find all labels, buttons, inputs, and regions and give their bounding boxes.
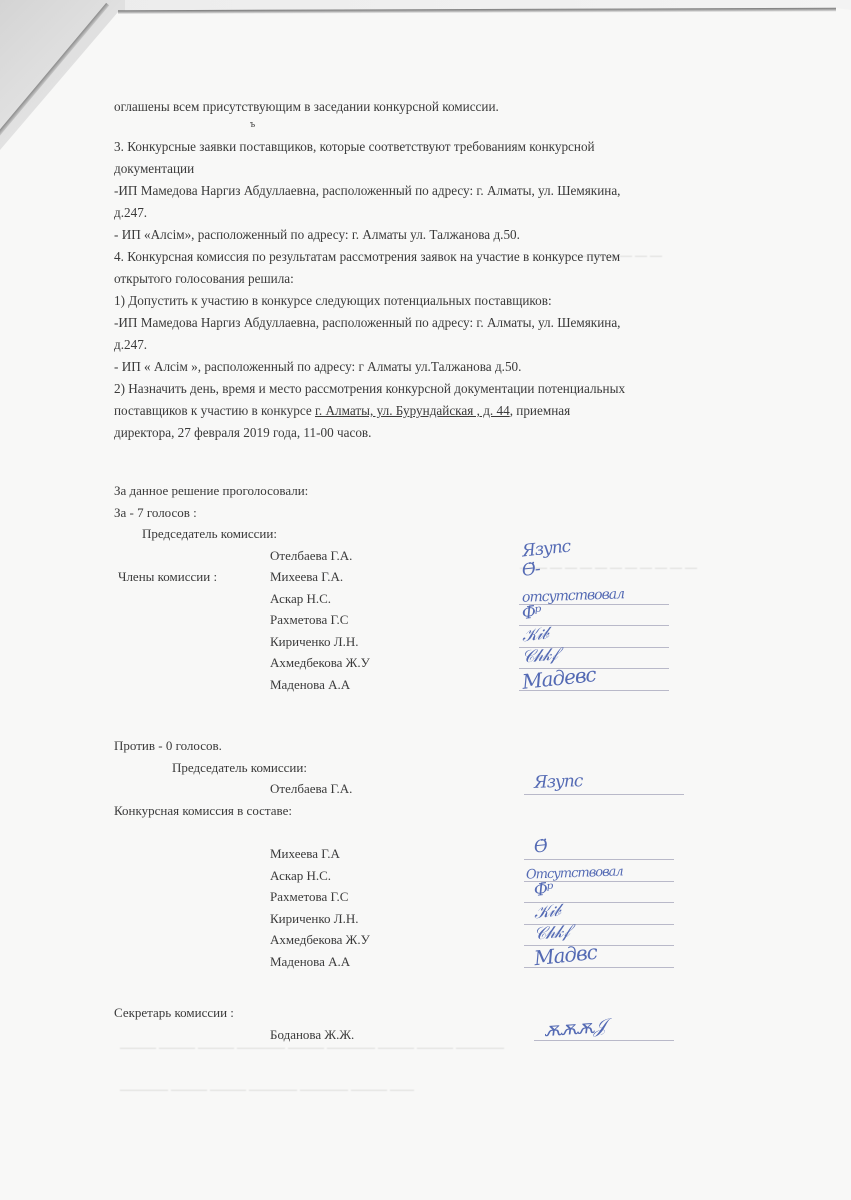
signature-row: Михеева Г.А Ѳ̈: [114, 843, 794, 865]
signature: 𝒦𝒾𝒷: [533, 900, 561, 924]
text-line: оглашены всем присутствующим в заседании…: [114, 96, 794, 118]
signature-row: Отелбаева Г.А. Язупс: [114, 778, 794, 800]
commission-label: Конкурсная комиссия в составе:: [114, 800, 794, 822]
secretary-name: Боданова Ж.Ж.: [270, 1024, 354, 1046]
signature-line: [524, 794, 684, 795]
signature-row: Рахметова Г.С Ф̄ᵖ: [114, 886, 794, 908]
chair-label: Председатель комиссии:: [114, 757, 794, 779]
signature: Язупс: [521, 536, 571, 562]
signature-row: Члены комиссии : Михеева Г.А. Ѳ̈-: [114, 566, 794, 588]
votes-for: За - 7 голосов :: [114, 502, 794, 524]
signature-row: Кириченко Л.Н. 𝒦𝒾𝒷: [114, 631, 794, 653]
member-name: Кириченко Л.Н.: [270, 908, 358, 930]
supplier-item-cont: д.247.: [114, 202, 794, 224]
member-name: Аскар Н.С.: [270, 865, 331, 887]
decision-2-cont: поставщиков к участию в конкурсе г. Алма…: [114, 400, 794, 422]
signature-row: Ахмедбекова Ж.У 𝒞𝒽𝓀𝒻: [114, 652, 794, 674]
section-3-title: 3. Конкурсные заявки поставщиков, которы…: [114, 136, 794, 158]
signature: 𝒦𝒾𝒷: [521, 623, 549, 647]
signature-line: [524, 859, 674, 860]
signature-line: [519, 690, 669, 691]
signature: 𝒞𝒽𝓀𝒻: [521, 644, 558, 669]
signature-line: [524, 967, 674, 968]
section-4-title: 4. Конкурсная комиссия по результатам ра…: [114, 246, 794, 268]
member-name: Аскар Н.С.: [270, 588, 331, 610]
supplier-item: - ИП «Алсім», расположенный по адресу: г…: [114, 224, 794, 246]
admitted-supplier: - ИП « Алсім », расположенный по адресу:…: [114, 356, 794, 378]
signature: ѫѫѫ𝒥: [543, 1015, 606, 1041]
bleed-through-text: ———— ——— ——— ———— ———— ——— ——: [120, 1082, 414, 1097]
signature-line: [534, 1040, 674, 1041]
admitted-supplier: -ИП Мамедова Наргиз Абдуллаевна, располо…: [114, 312, 794, 334]
signature: Язупс: [534, 771, 583, 794]
member-name: Маденова А.А: [270, 951, 350, 973]
signature-row: Ахмедбекова Ж.У 𝒞𝒽𝓀𝒻: [114, 929, 794, 951]
signature-row: Аскар Н.С. отсутствовал: [114, 588, 794, 610]
secretary-label: Секретарь комиссии :: [114, 1002, 794, 1024]
votes-against: Против - 0 голосов.: [114, 735, 794, 757]
member-name: Маденова А.А: [270, 674, 350, 696]
voting-section: За данное решение проголосовали: За - 7 …: [114, 480, 794, 1045]
signature-row: Отелбаева Г.А. Язупс: [114, 545, 794, 567]
signature: Ф̄ᵖ: [521, 602, 542, 625]
member-name: Михеева Г.А: [270, 843, 340, 865]
signature: Мадевс: [521, 664, 597, 693]
signature-row: Маденова А.А Мадевс: [114, 674, 794, 696]
members-label: Члены комиссии :: [118, 566, 217, 588]
supplier-item: -ИП Мамедова Наргиз Абдуллаевна, располо…: [114, 180, 794, 202]
signature-row: Кириченко Л.Н. 𝒦𝒾𝒷: [114, 908, 794, 930]
member-name: Рахметова Г.С: [270, 886, 348, 908]
member-name: Михеева Г.А.: [270, 566, 343, 588]
member-name: Ахмедбекова Ж.У: [270, 652, 370, 674]
member-name: Рахметова Г.С: [270, 609, 348, 631]
member-name: Кириченко Л.Н.: [270, 631, 358, 653]
text: , приемная: [510, 403, 570, 418]
member-name: Ахмедбекова Ж.У: [270, 929, 370, 951]
chair-name: Отелбаева Г.А.: [270, 778, 352, 800]
voting-header: За данное решение проголосовали:: [114, 480, 794, 502]
chair-name: Отелбаева Г.А.: [270, 545, 352, 567]
section-3-title-cont: документации: [114, 158, 794, 180]
decision-2: 2) Назначить день, время и место рассмот…: [114, 378, 794, 400]
admitted-supplier-cont: д.247.: [114, 334, 794, 356]
signature-row: Боданова Ж.Ж. ѫѫѫ𝒥: [114, 1024, 794, 1046]
signature-row: Рахметова Г.С Ф̄ᵖ: [114, 609, 794, 631]
protocol-body: оглашены всем присутствующим в заседании…: [114, 96, 794, 444]
text: поставщиков к участию в конкурсе: [114, 403, 315, 418]
signature: Ф̄ᵖ: [533, 879, 554, 902]
section-4-title-cont: открытого голосования решила:: [114, 268, 794, 290]
signature-row: Аскар Н.С. Отсутствовал: [114, 865, 794, 887]
signature-line: [519, 604, 669, 605]
chair-label: Председатель комиссии:: [114, 523, 794, 545]
signature: Ѳ̈: [533, 836, 548, 859]
decision-1: 1) Допустить к участию в конкурсе следую…: [114, 290, 794, 312]
meeting-datetime: директора, 27 февраля 2019 года, 11-00 ч…: [114, 422, 794, 444]
meeting-address: г. Алматы, ул. Бурундайская , д. 44: [315, 403, 510, 418]
signature: Мадвс: [533, 941, 598, 969]
signature: Ѳ̈-: [521, 559, 541, 582]
signature-row: Маденова А.А Мадвс: [114, 951, 794, 973]
